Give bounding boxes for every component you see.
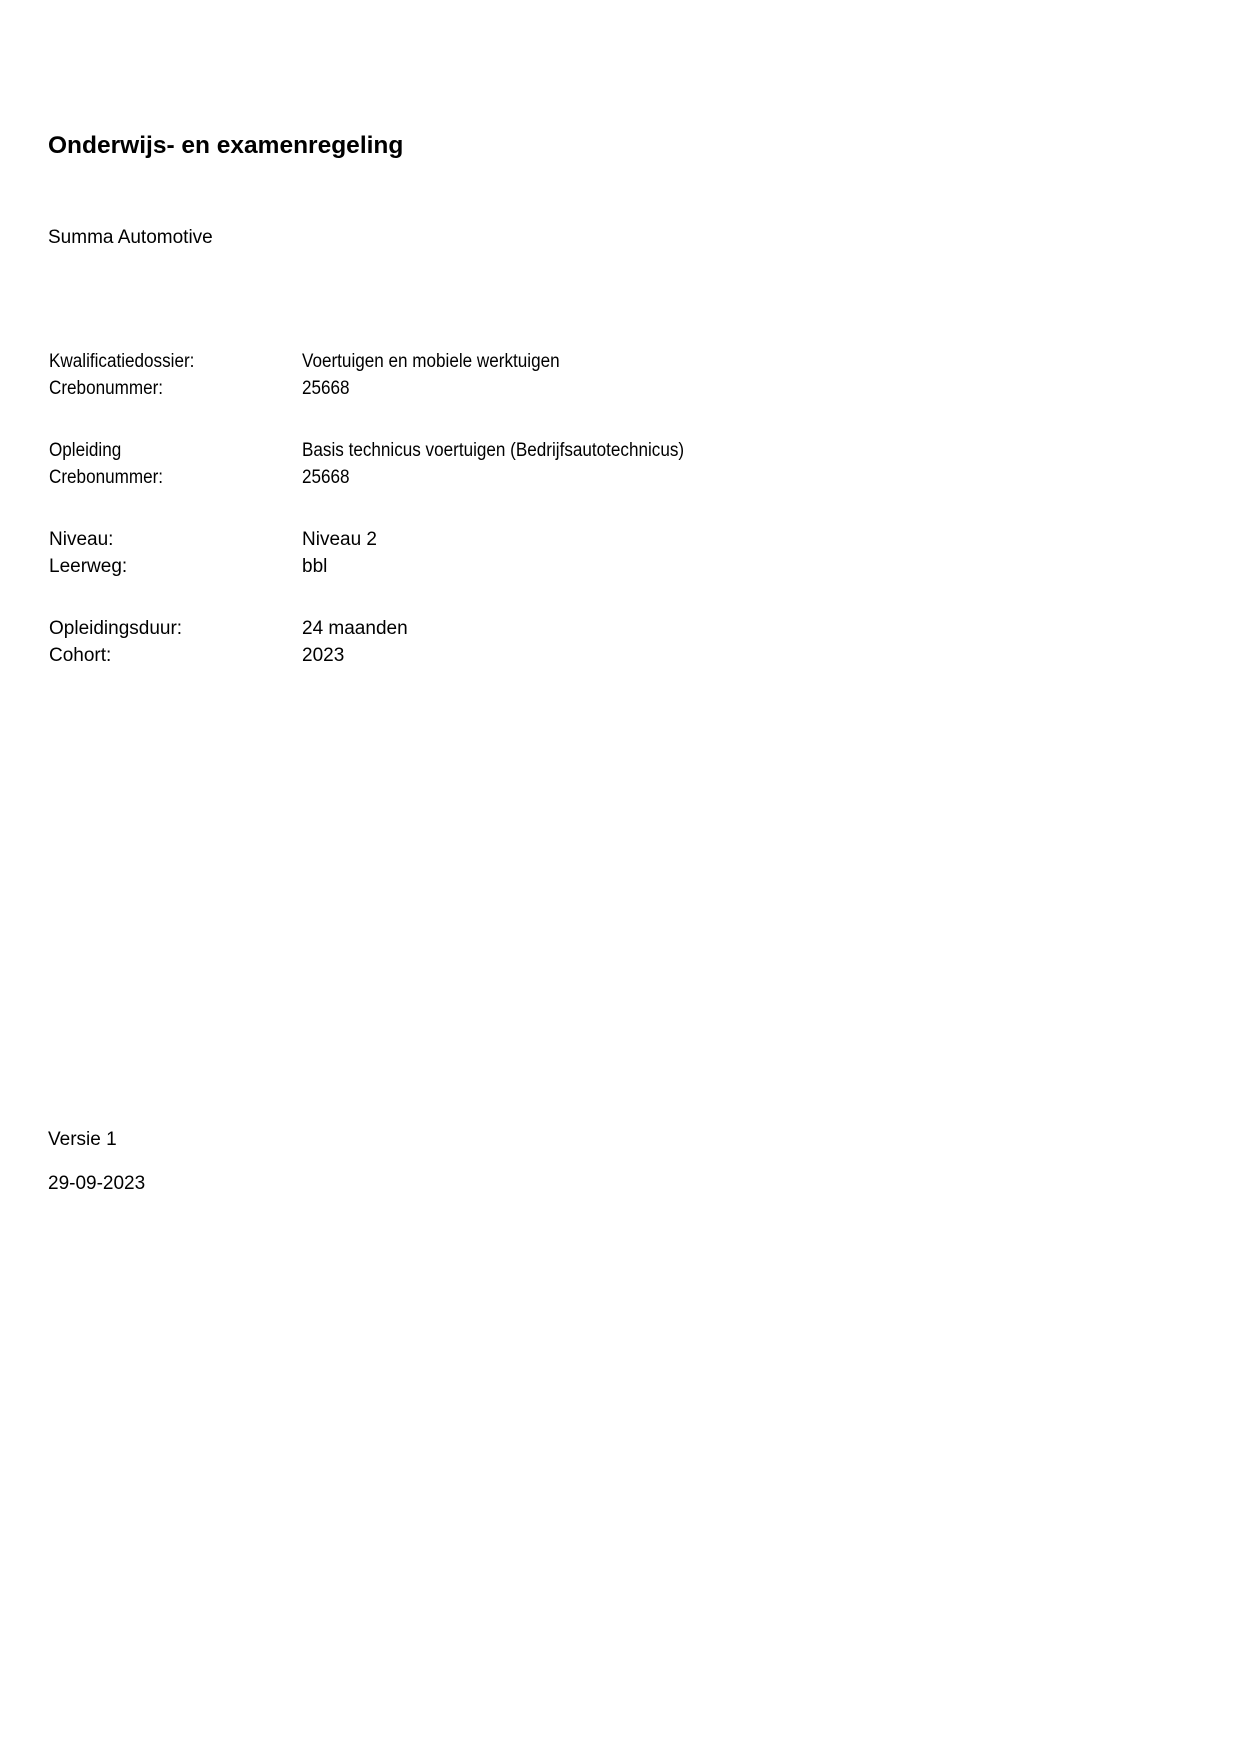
info-row-crebonummer: Crebonummer: 25668 [49, 376, 949, 403]
info-label: Kwalificatiedossier: [49, 349, 194, 375]
info-row-crebonummer: Crebonummer: 25668 [49, 465, 949, 492]
info-value: Voertuigen en mobiele werktuigen [302, 349, 560, 375]
info-label: Opleidingsduur: [49, 616, 182, 642]
info-value: Niveau 2 [302, 527, 377, 553]
info-value: 25668 [302, 376, 350, 402]
info-value: 24 maanden [302, 616, 408, 642]
info-label: Cohort: [49, 643, 111, 669]
info-value: 25668 [302, 465, 350, 491]
info-label: Leerweg: [49, 554, 127, 580]
info-label: Opleiding [49, 438, 121, 464]
info-label: Niveau: [49, 527, 113, 553]
opleiding-block: Opleiding Basis technicus voertuigen (Be… [49, 438, 949, 491]
document-date: 29-09-2023 [48, 1172, 145, 1196]
document-version: Versie 1 [48, 1128, 117, 1152]
info-value: Basis technicus voertuigen (Bedrijfsauto… [302, 438, 684, 464]
info-label: Crebonummer: [49, 376, 163, 402]
organization-name: Summa Automotive [48, 226, 213, 250]
document-title: Onderwijs- en examenregeling [48, 131, 403, 161]
info-value: bbl [302, 554, 327, 580]
info-value: 2023 [302, 643, 344, 669]
info-row-leerweg: Leerweg: bbl [49, 554, 949, 581]
info-row-kwalificatiedossier: Kwalificatiedossier: Voertuigen en mobie… [49, 349, 949, 376]
info-row-cohort: Cohort: 2023 [49, 643, 949, 670]
info-row-opleidingsduur: Opleidingsduur: 24 maanden [49, 616, 949, 643]
niveau-block: Niveau: Niveau 2 Leerweg: bbl [49, 527, 949, 580]
qualification-dossier-block: Kwalificatiedossier: Voertuigen en mobie… [49, 349, 949, 402]
info-row-opleiding: Opleiding Basis technicus voertuigen (Be… [49, 438, 949, 465]
info-row-niveau: Niveau: Niveau 2 [49, 527, 949, 554]
info-label: Crebonummer: [49, 465, 163, 491]
duration-block: Opleidingsduur: 24 maanden Cohort: 2023 [49, 616, 949, 669]
